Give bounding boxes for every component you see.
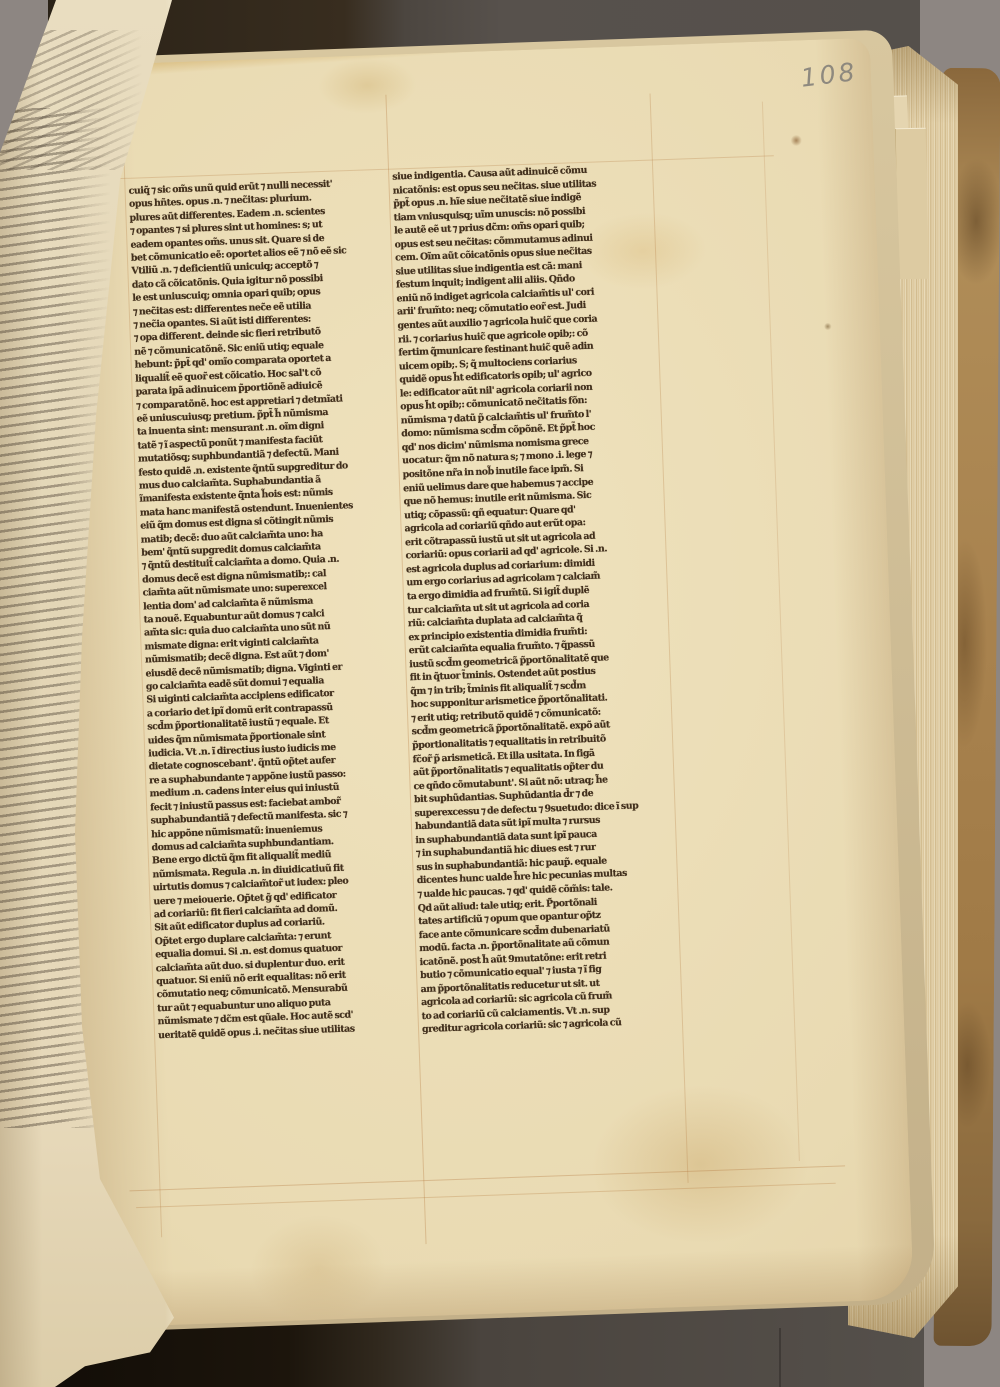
backdrop-seam-line <box>779 1328 781 1387</box>
folio-number: 108 <box>799 54 883 99</box>
ruling-line-horizontal-bottom-1 <box>129 1165 845 1191</box>
ruling-line-vertical-margin <box>762 102 800 1161</box>
text-column-right: siue indigentia. Causa aũt adinuicẽ cõmu… <box>392 162 682 1038</box>
manuscript-page-recto: 108 cuiq̃ ⁊ sic om̃s unũ quid erũt ⁊ nul… <box>36 38 914 1328</box>
photograph-of-manuscript: 108 cuiq̃ ⁊ sic om̃s unũ quid erũt ⁊ nul… <box>0 0 1000 1387</box>
raised-page-corner-edge <box>895 128 929 280</box>
text-column-left: cuiq̃ ⁊ sic om̃s unũ quid erũt ⁊ nulli n… <box>128 176 416 1042</box>
